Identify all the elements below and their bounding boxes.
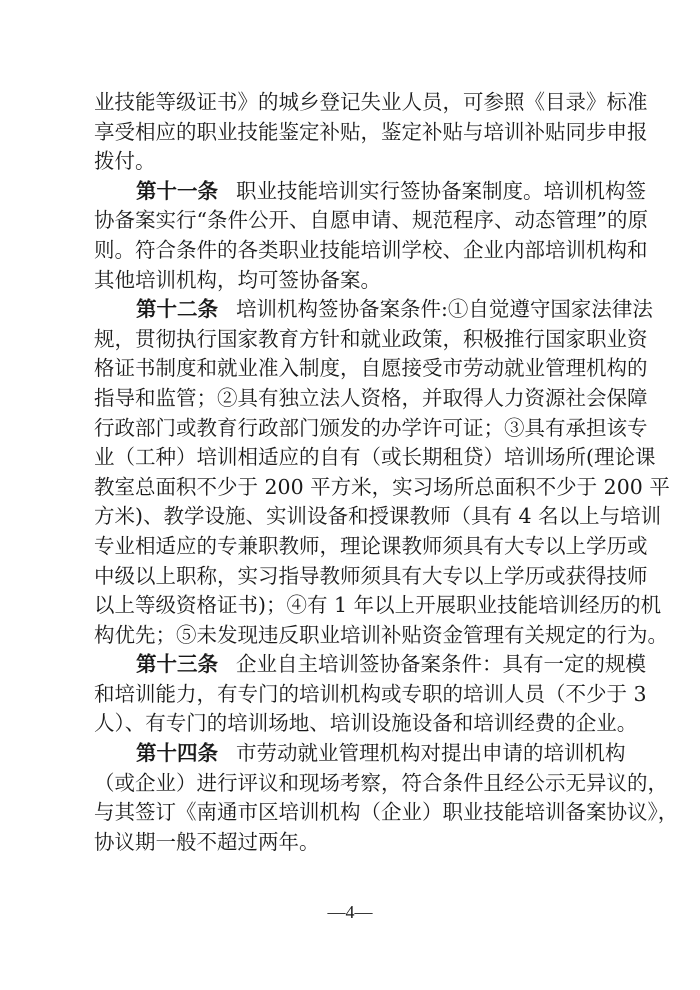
text-line: 业技能等级证书》的城乡登记失业人员，可参照《目录》标准: [94, 88, 606, 118]
text-line: 拨付。: [94, 147, 606, 177]
article-12-first-line: 第十二条培训机构签协备案条件:①自觉遵守国家法律法: [94, 295, 606, 325]
text-line: 与其签订《南通市区培训机构（企业）职业技能培训备案协议》，: [94, 798, 606, 828]
article-13-first-line: 第十三条企业自主培训签协备案条件：具有一定的规模: [94, 650, 606, 680]
text-line: 和培训能力，有专门的培训机构或专职的培训人员（不少于 3: [94, 680, 606, 710]
text-line: 以上等级资格证书)；④有 1 年以上开展职业技能培训经历的机: [94, 591, 606, 621]
text-line: （或企业）进行评议和现场考察，符合条件且经公示无异议的，: [94, 769, 606, 799]
text-line: 市劳动就业管理机构对提出申请的培训机构: [236, 741, 626, 765]
text-line: 格证书制度和就业准入制度，自愿接受市劳动就业管理机构的: [94, 354, 606, 384]
page-number: —4—: [0, 902, 700, 923]
text-line: 规，贯彻执行国家教育方针和就业政策，积极推行国家职业资: [94, 325, 606, 355]
text-line: 职业技能培训实行签协备案制度。培训机构签: [236, 179, 646, 203]
text-line: 专业相适应的专兼职教师，理论课教师须具有大专以上学历或: [94, 532, 606, 562]
article-heading: 第十三条: [136, 652, 218, 676]
text-line: 中级以上职称，实习指导教师须具有大专以上学历或获得技师: [94, 562, 606, 592]
article-heading: 第十四条: [136, 741, 218, 765]
article-heading: 第十二条: [136, 297, 218, 321]
text-line: 教室总面积不少于 200 平方米，实习场所总面积不少于 200 平: [94, 473, 606, 503]
document-page: 业技能等级证书》的城乡登记失业人员，可参照《目录》标准 享受相应的职业技能鉴定补…: [94, 88, 606, 857]
text-line: 指导和监管；②具有独立法人资格，并取得人力资源社会保障: [94, 384, 606, 414]
text-line: 企业自主培训签协备案条件：具有一定的规模: [236, 652, 646, 676]
text-line: 人）、有专门的培训场地、培训设施设备和培训经费的企业。: [94, 709, 606, 739]
text-line: 行政部门或教育行政部门颁发的办学许可证；③具有承担该专: [94, 414, 606, 444]
text-line: 业（工种）培训相适应的自有（或长期租贷）培训场所(理论课: [94, 443, 606, 473]
text-line: 协议期一般不超过两年。: [94, 828, 606, 858]
text-line: 方米)、教学设施、实训设备和授课教师（具有 4 名以上与培训: [94, 502, 606, 532]
text-line: 享受相应的职业技能鉴定补贴，鉴定补贴与培训补贴同步申报: [94, 118, 606, 148]
article-14-first-line: 第十四条市劳动就业管理机构对提出申请的培训机构: [94, 739, 606, 769]
text-line: 构优先；⑤未发现违反职业培训补贴资金管理有关规定的行为。: [94, 621, 606, 651]
text-line: 培训机构签协备案条件:①自觉遵守国家法律法: [236, 297, 653, 321]
text-line: 其他培训机构，均可签协备案。: [94, 266, 606, 296]
article-heading: 第十一条: [136, 179, 218, 203]
text-line: 则。符合条件的各类职业技能培训学校、企业内部培训机构和: [94, 236, 606, 266]
text-line: 协备案实行“条件公开、自愿申请、规范程序、动态管理”的原: [94, 206, 606, 236]
article-11-first-line: 第十一条职业技能培训实行签协备案制度。培训机构签: [94, 177, 606, 207]
